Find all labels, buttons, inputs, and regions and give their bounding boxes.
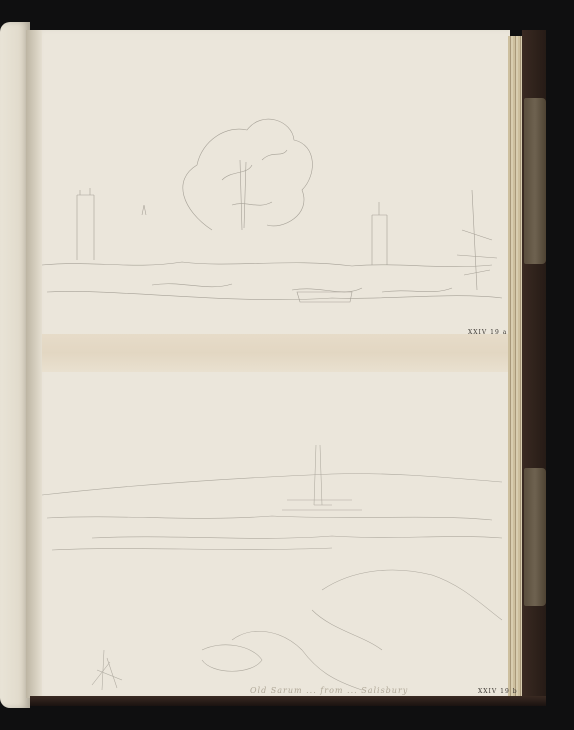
- folio-number-upper: XXIV 19 a: [468, 329, 507, 336]
- lower-sketch: [42, 445, 502, 690]
- pencil-sketches: [32, 30, 510, 698]
- lower-tab: [524, 468, 546, 606]
- upper-sketch: [42, 119, 502, 302]
- folio-number-lower: XXIV 19 b: [478, 688, 518, 695]
- pencil-inscription: Old Sarum ... from ... Salisbury: [250, 686, 408, 695]
- upper-tab: [524, 98, 546, 264]
